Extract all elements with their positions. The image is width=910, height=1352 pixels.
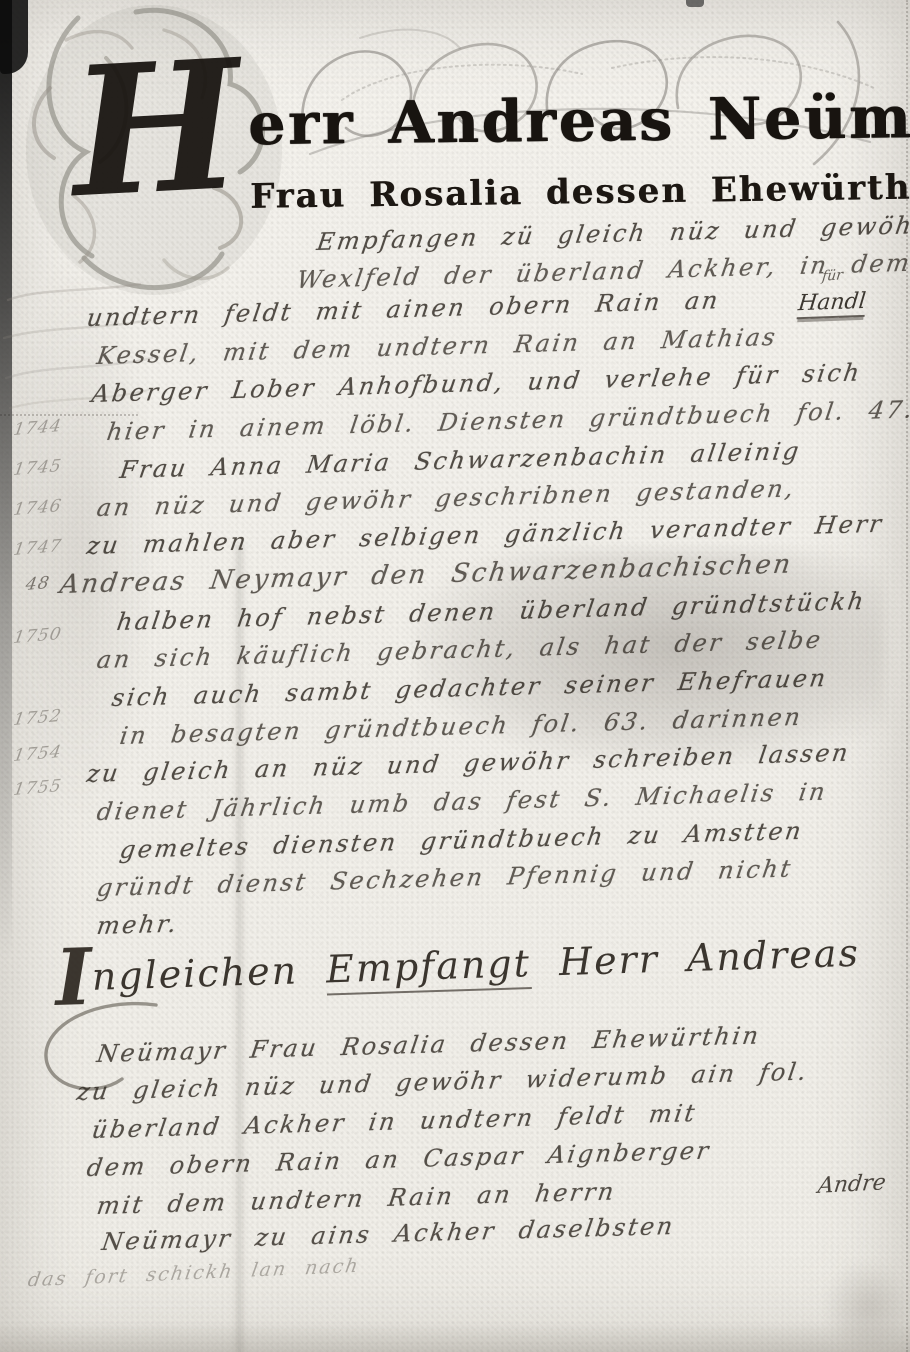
raised-inserted-word: Andre bbox=[816, 1170, 887, 1199]
decorated-initial-letter: H bbox=[67, 36, 244, 223]
heading-name-line: err Andreas Neümaÿr: bbox=[248, 82, 910, 158]
manuscript-page: H err Andreas Neümaÿr: Frau Rosalia dess… bbox=[0, 0, 910, 1352]
opening-initial: I bbox=[54, 932, 93, 1024]
handwritten-line: Neümayr zu ains Ackher daselbsten bbox=[100, 1212, 677, 1256]
handwritten-line: Wexlfeld der überland Ackher, in dem bbox=[295, 249, 910, 294]
handwritten-line: überland Ackher in undtern feldt mit bbox=[90, 1099, 699, 1144]
dark-scan-edge bbox=[0, 0, 12, 1000]
opening-post: Herr Andreas bbox=[530, 931, 860, 985]
faint-marginal-note: das fort schickh lan nach bbox=[26, 1255, 361, 1292]
handwritten-line: dem obern Rain an Caspar Aignberger bbox=[85, 1136, 713, 1182]
interlinear-insertion-underlined: Handl bbox=[797, 289, 868, 319]
paragraph-2-opening: Ingleichen Empfangt Herr Andreas bbox=[55, 931, 861, 1000]
handwritten-line: mehr. bbox=[95, 910, 181, 940]
heading-wife-line: Frau Rosalia dessen Ehewürthin bbox=[250, 167, 910, 217]
opening-pre: ngleichen bbox=[91, 948, 327, 999]
bottom-shading bbox=[0, 1322, 910, 1352]
handwritten-line: Empfangen zü gleich nüz und gewöhr bbox=[315, 211, 910, 256]
margin-year: 48 bbox=[24, 573, 51, 595]
handwritten-line: mit dem undtern Rain an herrn bbox=[95, 1177, 618, 1220]
interlinear-small-word: für bbox=[821, 267, 844, 285]
opening-underlined-word: Empfangt bbox=[325, 941, 531, 995]
